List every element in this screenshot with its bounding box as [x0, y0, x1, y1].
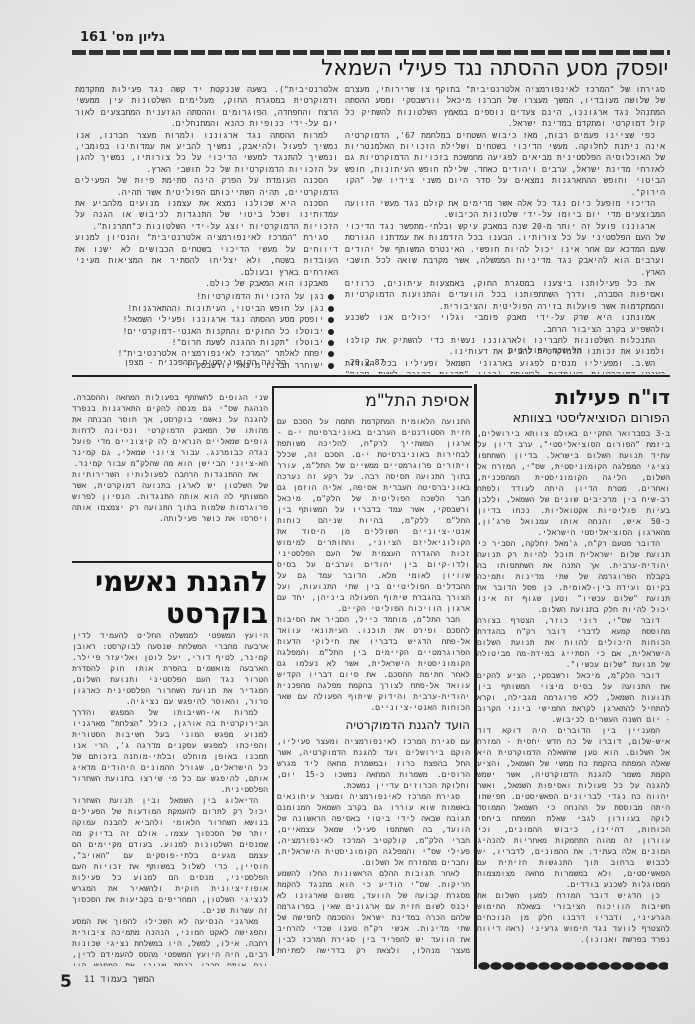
slogan-item: יבוטלו כל החוקים והתקנות האנטי-דמוקרטיים… — [75, 326, 334, 337]
paragraph: אלטרנטיבית"). בשעה שננקטת יד קשה נגד פעי… — [75, 84, 338, 130]
bucharest-title-line2: בוקרסט — [72, 598, 268, 630]
paragraph: הדיאלוג בין השמאל ובין תנועת השחרור יכול… — [72, 795, 268, 916]
tlm-assembly-title: אסיפת התל"מ — [277, 390, 470, 412]
paragraph: הדיכוי מופעל כיום נגד כל אלה אשר מרימים … — [345, 198, 665, 221]
section-divider — [72, 375, 670, 377]
continued-on-page-label: המשך בעמוד 11 — [84, 975, 154, 985]
slogan-item: יופסק מסע ההסתה נגד ארגוננו ופעילי השמאל… — [75, 314, 334, 325]
paragraph: הסכנה העומדת על הפרק הינה סתימת פיות של … — [75, 175, 338, 198]
paragraph: התנועה הלאומית המתקדמת חתמה על הסכם עם ח… — [277, 416, 470, 614]
paragraph: אמונתנו היא שרק על-ידי מאבק פומבי וגלוי … — [345, 312, 665, 335]
paragraph: סגירת המרכז לאינפורמציה ומעצר עיתונאים ב… — [277, 791, 470, 868]
paragraph: דובר הלק"מ, מיכאל ורשבסקי, הציע להקים את… — [477, 670, 670, 725]
paragraph: סגירת "המרכז לאינפורמציה אלטרנטיבית" והנ… — [75, 232, 338, 278]
paragraph: ב-3 בפברואר התקיים באולם צוותא בירושלים,… — [477, 428, 670, 538]
paragraph: שני הגופים להשתתף בפעולות המחאה וההסברה.… — [72, 392, 268, 469]
paragraph: את ההתנגדות הרחבה לפעולותיו השרירותיות ש… — [72, 469, 268, 524]
signature-org: הליגה הקומוניסטית המהפכנית - מצפן — [90, 357, 320, 368]
slogan-item: נגן על הזכויות הדמוקרטיות! — [75, 291, 334, 302]
paragraph: עם סגירת המרכז לאינפורמציה ומעצר פעיליו,… — [277, 736, 470, 791]
paragraph: כפי שציינו פעמים רבות, מאז כיבוש השטחים … — [345, 130, 665, 198]
issue-label: גליון מס' 161 — [80, 30, 165, 45]
slogan-item: נגן על חופש הביטוי, העיתונות וההתארגנות! — [75, 303, 334, 314]
article-date: 20.2.87 — [350, 357, 410, 368]
paragraph: היועץ המשפטי לממשלה החליט להעמיד לדין אר… — [72, 630, 268, 707]
bucharest-title-line1: להגנת נאשמי — [72, 566, 268, 598]
paragraph: לאחר תגובות ההלם הראשונות החלו להשמע חרי… — [277, 868, 470, 955]
column-divider — [474, 384, 477, 969]
paragraph: למרות אי-חשיבותו של המפגש והדרך הבירוקרט… — [72, 707, 268, 795]
paragraph: מאבקנו הוא המאבק של כולם. — [75, 278, 338, 289]
signature-bureau: הלישכה הפוליטית — [425, 345, 665, 356]
wavy-bottom-rule — [478, 962, 668, 970]
paragraph: הסכנה היא שכולנו נמצא את עצמנו מנועים מל… — [75, 198, 338, 232]
box-border-top — [272, 386, 472, 388]
section-divider — [72, 561, 272, 563]
democracy-committee-heading: הועד להגנת הדמוקרטיה — [277, 716, 470, 734]
activity-report-title: דו"ח פעילות — [477, 384, 670, 410]
paragraph: כן הדגיש דובר המזרח למען השלום את חשיבות… — [477, 890, 670, 945]
signature-line: הליגה הקומוניסטית המהפכנית - מצפן 20.2.8… — [75, 357, 665, 371]
paragraph: הדובר מטעם רק"ח, ג'מאל זחלקה, הסביר כי ת… — [477, 538, 670, 615]
box-border-right — [272, 386, 274, 956]
tlm-assembly-column: אסיפת התל"מ התנועה הלאומית המתקדמת חתמה … — [277, 390, 470, 955]
paragraph: המעניין בין הדוברים היה דוקא דוד איש-שלו… — [477, 725, 670, 890]
paragraph: חבר התל"מ, מוחמד כייל, הסביר את הסיבות ל… — [277, 614, 470, 713]
dashed-header-rule — [72, 50, 670, 55]
paragraph: את כל פעילותנו ביצענו במסגרת החוק, באמצע… — [345, 278, 665, 312]
committee-continuation-column: שני הגופים להשתתף בפעולות המחאה וההסברה.… — [72, 392, 268, 542]
top-article-left-column: אלטרנטיבית"). בשעה שננקטת יד קשה נגד פעי… — [75, 84, 338, 374]
paragraph: דובר שס"י, רוני כוזר, הצטרף בצורה מהוססת… — [477, 615, 670, 670]
activity-report-subtitle: הפורום הסוציאליסטי בצוותא — [477, 410, 670, 428]
paragraph: מארגני הנסיעה לא השכילו להפוך את המסע וה… — [72, 916, 268, 966]
page-number: 5 — [60, 972, 72, 992]
main-headline: יופסק מסע ההסתה נגד פעילי השמאל — [240, 56, 668, 81]
bucharest-article-column: להגנת נאשמי בוקרסט היועץ המשפטי לממשלה ה… — [72, 566, 268, 966]
activity-report-column: דו"ח פעילות הפורום הסוציאליסטי בצוותא ב-… — [477, 384, 670, 966]
paragraph: למרות ההסתה נגד ארגוננו ולמרות מעצר חברנ… — [75, 130, 338, 176]
paragraph: ארגוננו פועל זה יותר מ-20 שנה במאבק עיקש… — [345, 221, 665, 278]
top-article-right-column: סגירתו של "המרכז לאינפורמציה אלטרנטיבית"… — [345, 84, 665, 374]
paragraph: סגירתו של "המרכז לאינפורמציה אלטרנטיבית"… — [345, 84, 665, 130]
